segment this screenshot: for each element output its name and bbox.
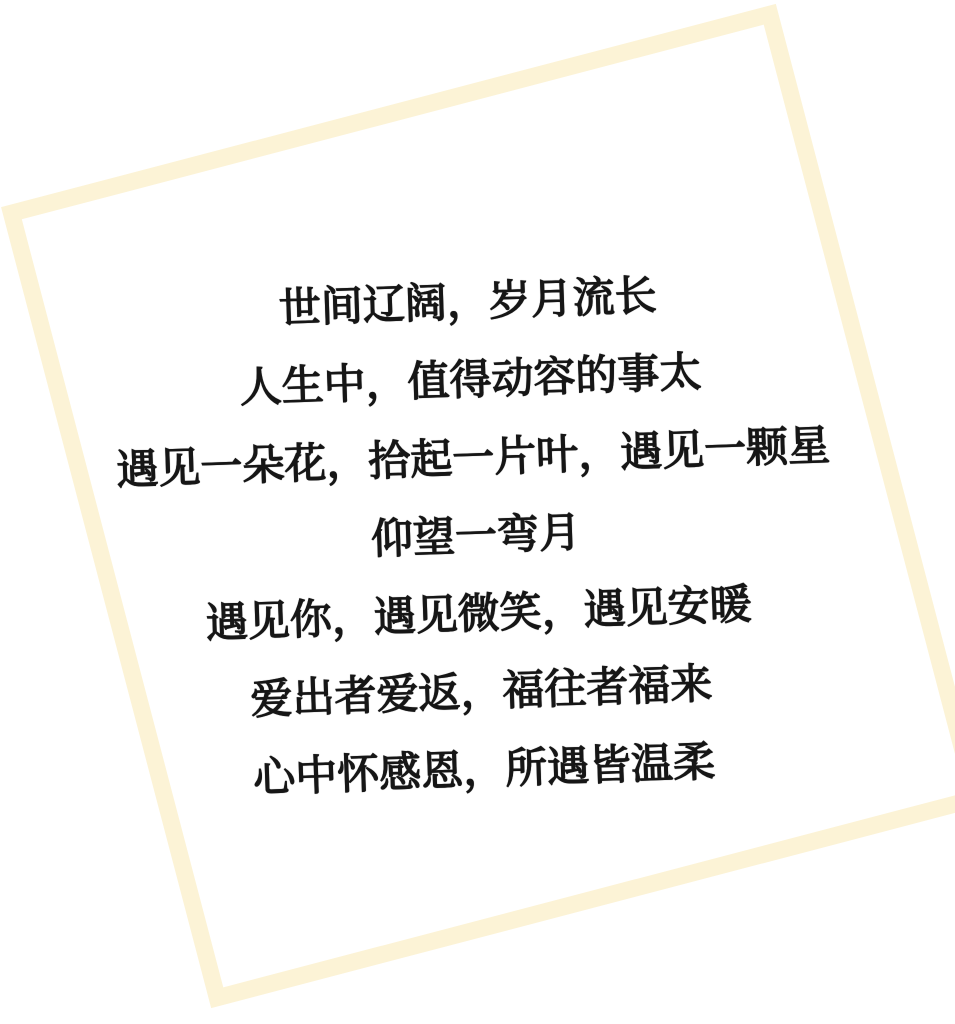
poem-text-block: 世间辽阔，岁月流长 人生中，值得动容的事太 遇见一朵花，拾起一片叶，遇见一颗星 … <box>47 250 906 825</box>
page-background: 世间辽阔，岁月流长 人生中，值得动容的事太 遇见一朵花，拾起一片叶，遇见一颗星 … <box>0 0 955 1024</box>
